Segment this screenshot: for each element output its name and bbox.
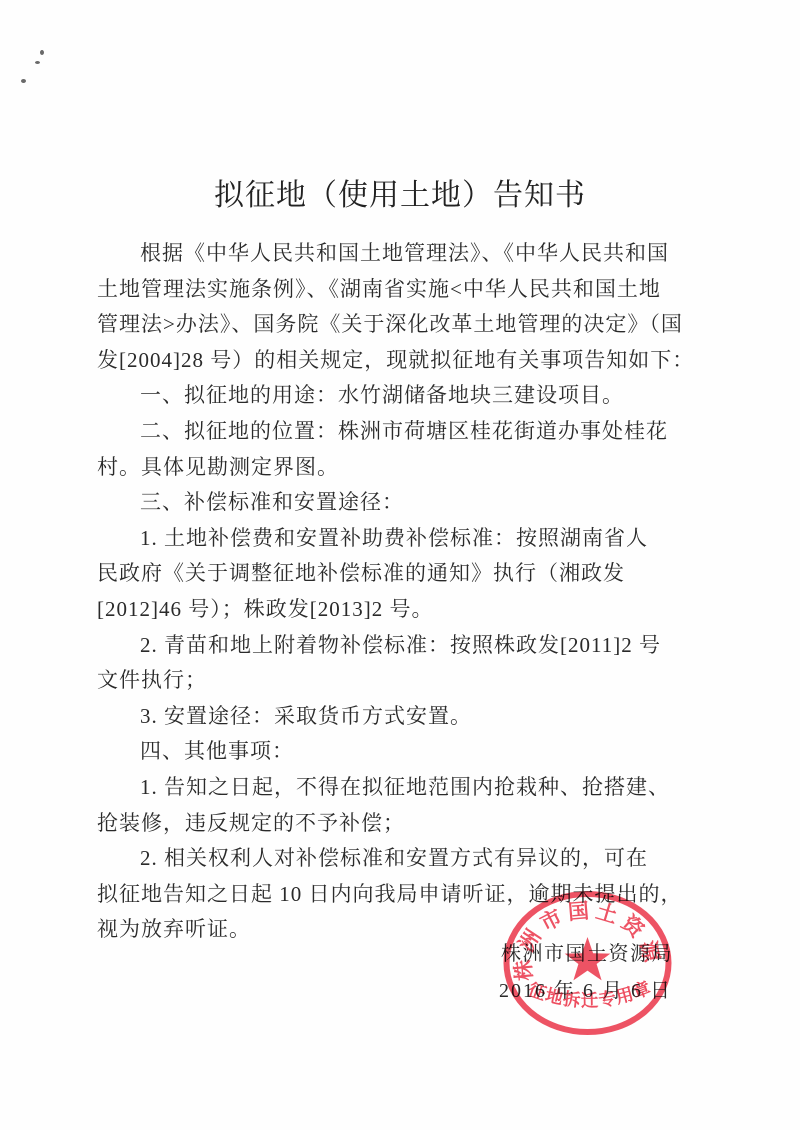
body-line: 民政府《关于调整征地补偿标准的通知》执行（湘政发 [97, 556, 709, 592]
body-line: 3. 安置途径：采取货币方式安置。 [97, 699, 709, 735]
body-line: [2012]46 号）；株政发[2013]2 号。 [97, 592, 709, 628]
body-line: 2. 相关权利人对补偿标准和安置方式有异议的，可在 [97, 841, 709, 877]
body-line: 一、拟征地的用途：水竹湖储备地块三建设项目。 [97, 378, 709, 414]
official-seal: 株洲市国土资源局 征地拆迁专用章 [500, 889, 675, 1039]
body-line: 抢装修，违反规定的不予补偿； [97, 806, 709, 842]
seal-star-icon [565, 937, 611, 980]
body-line: 2. 青苗和地上附着物补偿标准：按照株政发[2011]2 号 [97, 628, 709, 664]
body-line: 根据《中华人民共和国土地管理法》、《中华人民共和国 [97, 236, 709, 272]
body-line: 土地管理法实施条例》、《湖南省实施<中华人民共和国土地 [97, 272, 709, 308]
body-line: 文件执行； [97, 663, 709, 699]
body-line: 四、其他事项： [97, 734, 709, 770]
ink-speck [40, 50, 44, 55]
document-page: 拟征地（使用土地）告知书 根据《中华人民共和国土地管理法》、《中华人民共和国 土… [0, 0, 800, 1130]
body-line: 1. 土地补偿费和安置补助费补偿标准：按照湖南省人 [97, 521, 709, 557]
body-line: 1. 告知之日起，不得在拟征地范围内抢栽种、抢搭建、 [97, 770, 709, 806]
seal-banner-text: 征地拆迁专用章 [526, 977, 655, 1010]
body-line: 二、拟征地的位置：株洲市荷塘区桂花街道办事处桂花 [97, 414, 709, 450]
document-body: 根据《中华人民共和国土地管理法》、《中华人民共和国 土地管理法实施条例》、《湖南… [97, 236, 709, 948]
ink-speck [21, 79, 26, 83]
body-line: 发[2004]28 号）的相关规定，现就拟征地有关事项告知如下： [97, 343, 709, 379]
body-line: 村。具体见勘测定界图。 [97, 450, 709, 486]
ink-speck [35, 61, 40, 64]
document-title: 拟征地（使用土地）告知书 [0, 174, 800, 218]
body-line: 三、补偿标准和安置途径： [97, 485, 709, 521]
body-line: 管理法>办法》、国务院《关于深化改革土地管理的决定》（国 [97, 307, 709, 343]
